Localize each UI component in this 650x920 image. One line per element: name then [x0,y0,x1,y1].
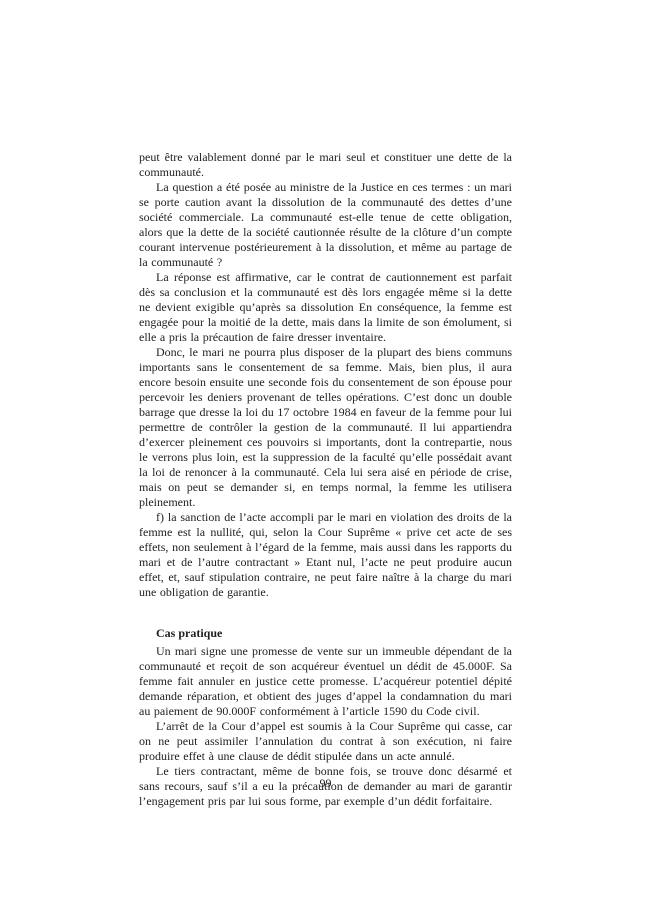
paragraph: f) la sanction de l’acte accompli par le… [139,510,512,600]
paragraph: Donc, le mari ne pourra plus disposer de… [139,345,512,510]
paragraph: peut être valablement donné par le mari … [139,150,512,180]
section-heading: Cas pratique [139,626,512,641]
paragraph: La question a été posée au ministre de l… [139,180,512,270]
paragraph: La réponse est affirmative, car le contr… [139,270,512,345]
document-page: peut être valablement donné par le mari … [0,0,650,920]
text-block: peut être valablement donné par le mari … [139,150,512,809]
paragraph: L’arrêt de la Cour d’appel est soumis à … [139,719,512,764]
paragraph: Un mari signe une promesse de vente sur … [139,644,512,719]
page-number: 99 [139,776,512,791]
